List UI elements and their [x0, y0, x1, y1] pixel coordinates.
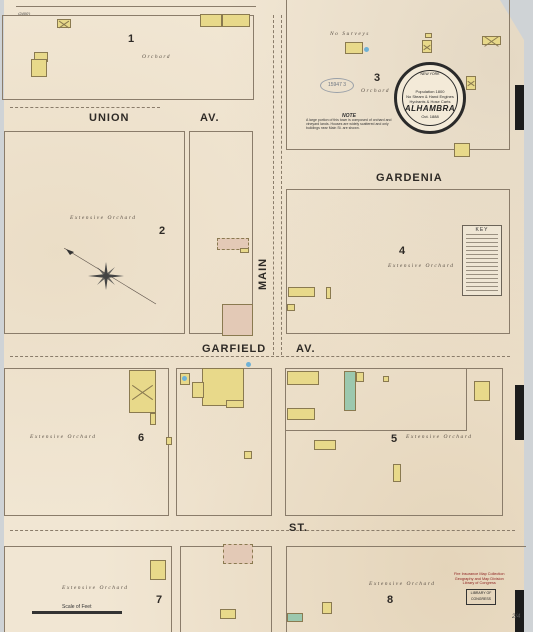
street-union-av: AV. [200, 112, 220, 124]
building [192, 382, 204, 398]
block-number-7: 7 [156, 594, 162, 606]
stamp-line: CONGRESS [467, 596, 495, 602]
stone-building [344, 371, 356, 411]
publisher-seal: NEW YORK Population 1800 No Steam & Hand… [394, 62, 466, 134]
stone-building [287, 613, 303, 622]
seal-facts: Population 1800 No Steam & Hand Engines … [397, 89, 463, 104]
building [200, 14, 222, 27]
no-survey-label: No Surveys [330, 31, 370, 37]
accession-stamp: 15947 3 [320, 78, 354, 93]
block-number-5: 5 [391, 433, 397, 445]
building [166, 437, 172, 445]
street-main: MAIN [257, 258, 269, 290]
extensive-orchard-label: Extensive Orchard [406, 434, 472, 440]
well-icon [182, 376, 187, 381]
seal-city: ALHAMBRA [397, 104, 463, 113]
collection-credit: Fire Insurance Map Collection Geography … [454, 572, 504, 586]
seal-publisher: NEW YORK [397, 72, 463, 76]
building [129, 370, 156, 413]
block-number-8: 8 [387, 594, 393, 606]
building [345, 42, 363, 54]
building [454, 143, 470, 157]
library-stamp: LIBRARY OF CONGRESS [466, 589, 496, 605]
street-line [273, 15, 274, 355]
extensive-orchard-label: Extensive Orchard [369, 581, 435, 587]
building [222, 14, 250, 27]
scale-bar: Scale of Feet [32, 604, 122, 614]
well-icon [246, 362, 251, 367]
street-garfield-av: AV. [296, 343, 316, 355]
building [482, 36, 501, 45]
street-st: ST. [289, 522, 308, 534]
building [220, 609, 236, 619]
sheet-number: 2/4 [512, 614, 520, 620]
sheet-edge-shadow [515, 385, 524, 440]
block-number-1: 1 [128, 33, 134, 45]
scale-label: Scale of Feet [62, 604, 122, 610]
compass-rose-icon [64, 248, 164, 308]
block-number-4: 4 [399, 245, 405, 257]
building [326, 287, 331, 299]
building [244, 451, 252, 459]
sheet-edge-shadow [515, 85, 524, 130]
building [31, 59, 47, 77]
seal-date: Oct. 1888 [397, 114, 463, 119]
building [223, 544, 253, 564]
building [425, 33, 432, 38]
building [226, 400, 244, 408]
street-line [10, 530, 515, 531]
building [287, 408, 315, 420]
orchard-label: Orchard [142, 54, 171, 60]
map-sheet: (2400') 1 Orchard UNION AV. 2 Extensive … [4, 0, 524, 632]
block-number-3: 3 [374, 72, 380, 84]
scale-bar-graphic [32, 611, 122, 614]
building [287, 371, 319, 385]
extensive-orchard-label: Extensive Orchard [70, 215, 136, 221]
building [288, 287, 315, 297]
street-gardenia: GARDENIA [376, 172, 443, 184]
building [314, 440, 336, 450]
building [356, 372, 364, 382]
key-entries [466, 234, 498, 294]
street-union: UNION [89, 112, 129, 124]
credit-line: Fire Insurance Map Collection [454, 572, 504, 577]
building [240, 248, 249, 253]
credit-line: Library of Congress [454, 581, 504, 586]
extensive-orchard-label: Extensive Orchard [62, 585, 128, 591]
building [222, 304, 253, 336]
map-key: KEY [462, 225, 502, 296]
building [287, 304, 295, 311]
building [322, 602, 332, 614]
building [393, 464, 401, 482]
building [383, 376, 389, 382]
extensive-orchard-label: Extensive Orchard [388, 263, 454, 269]
street-garfield: GARFIELD [202, 343, 266, 355]
street-line [10, 107, 160, 108]
orchard-label: Orchard [361, 88, 390, 94]
building [57, 19, 71, 28]
block-number-2: 2 [159, 225, 165, 237]
building [466, 76, 476, 90]
building [474, 381, 490, 401]
street-line [281, 15, 282, 355]
block-number-6: 6 [138, 432, 144, 444]
building [150, 560, 166, 580]
key-title: KEY [463, 227, 501, 233]
note-text: A large portion of this town is composed… [306, 118, 392, 130]
boundary-line [16, 6, 256, 7]
street-line [10, 356, 510, 357]
extensive-orchard-label: Extensive Orchard [30, 434, 96, 440]
map-note: NOTE A large portion of this town is com… [306, 114, 392, 130]
building [422, 40, 432, 53]
building [150, 413, 156, 425]
well-icon [364, 47, 369, 52]
